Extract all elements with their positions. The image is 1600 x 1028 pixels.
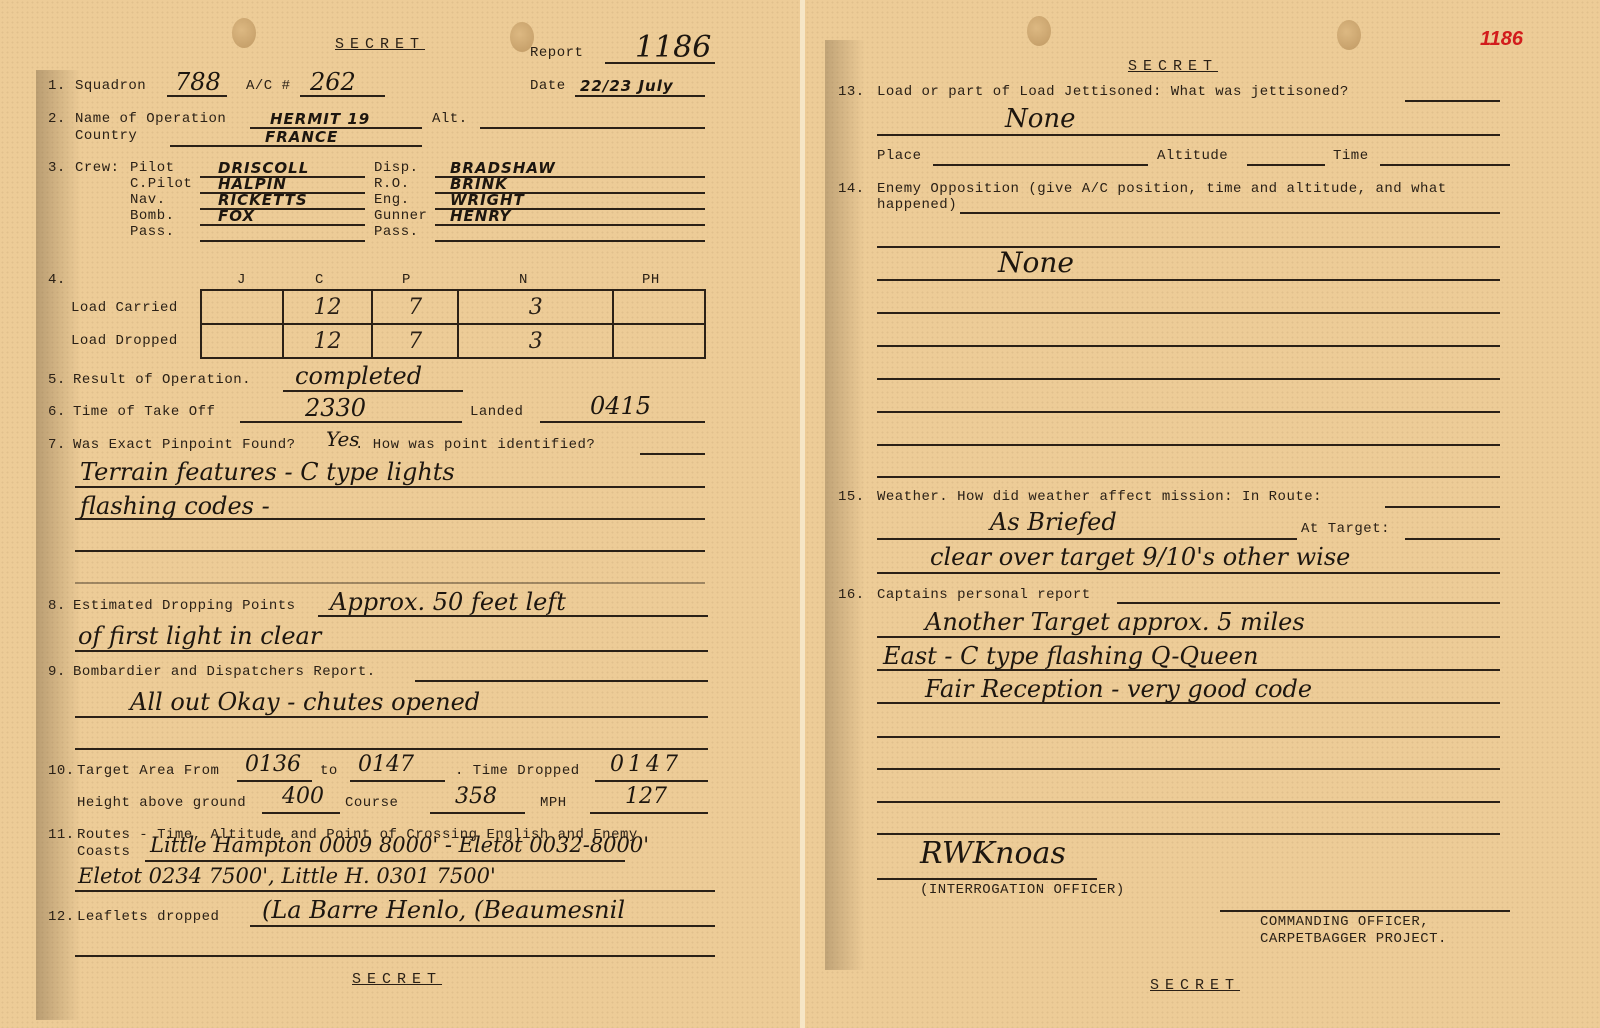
answer-line [877, 279, 1500, 281]
load-column-header: J [237, 272, 246, 288]
scan-shadow [36, 70, 81, 1020]
answer-line [1405, 100, 1500, 102]
answer-line [430, 812, 525, 814]
answer-line [877, 833, 1500, 835]
load-column-header: PH [642, 272, 660, 288]
enemy-opposition-label: Enemy Opposition (give A/C position, tim… [877, 181, 1447, 197]
captains-report-line-3: Fair Reception - very good code [925, 675, 1312, 703]
report-label: Report [530, 45, 583, 61]
answer-line [877, 636, 1500, 638]
altitude-line [1247, 164, 1325, 166]
answer-line [877, 538, 1297, 540]
date-label: Date [530, 78, 566, 94]
crew-role-label: Pass. [374, 224, 419, 240]
leaflets-label: Leaflets dropped [77, 909, 219, 925]
takeoff-label: Time of Take Off [73, 404, 215, 420]
answer-line [262, 812, 340, 814]
pinpoint-line [640, 453, 705, 455]
mph-value: 127 [625, 784, 667, 809]
time-dropped-label: . Time Dropped [455, 763, 580, 779]
load-row: 1273 [201, 290, 705, 324]
jettisoned-value: None [1005, 104, 1076, 134]
crew-role-label: Bomb. [130, 208, 175, 224]
answer-line [877, 476, 1500, 478]
enemy-opposition-value: None [998, 246, 1074, 279]
scan-shadow [825, 40, 865, 970]
bombardier-report-line-1: All out Okay - chutes opened [130, 688, 480, 716]
target-to-label: to [320, 763, 338, 779]
q14-number: 14. [838, 181, 865, 197]
course-label: Course [345, 795, 398, 811]
load-row-label: Load Dropped [71, 333, 178, 349]
place-line [933, 164, 1148, 166]
crew-role-label: C.Pilot [130, 176, 192, 192]
answer-line [877, 134, 1500, 136]
result-label: Result of Operation. [73, 372, 251, 388]
carpetbagger-project-label: CARPETBAGGER PROJECT. [1260, 931, 1447, 947]
ac-value: 262 [310, 68, 356, 96]
load-column-header: P [402, 272, 411, 288]
landed-value: 0415 [590, 392, 651, 420]
country-label: Country [75, 128, 137, 144]
crew-role-label: R.O. [374, 176, 410, 192]
answer-line [1117, 602, 1500, 604]
routes-line-1: Little Hampton 0009 8000' - Eletot 0032-… [150, 833, 649, 857]
secret-footer: SECRET [352, 971, 442, 988]
load-cell [613, 324, 705, 358]
country-value: FRANCE [265, 128, 338, 146]
answer-line [250, 925, 715, 927]
result-line [283, 390, 463, 392]
answer-line [75, 650, 708, 652]
answer-line [877, 345, 1500, 347]
answer-line [595, 780, 708, 782]
operation-label: Name of Operation [75, 111, 226, 127]
time-label: Time [1333, 148, 1369, 164]
q8-number: 8. [48, 598, 66, 614]
q15-number: 15. [838, 489, 865, 505]
enemy-opposition-label-2: happened) [877, 197, 957, 213]
answer-line [877, 801, 1500, 803]
target-to-value: 0147 [358, 752, 414, 777]
pinpoint-answer-line-1: Terrain features - C type lights [80, 458, 455, 486]
report-page-left: SECRET Report 1186 1. Squadron 788 A/C #… [0, 0, 800, 1028]
answer-line [877, 312, 1500, 314]
q6-number: 6. [48, 404, 66, 420]
secret-header: SECRET [335, 36, 425, 53]
leaflets-value: (La Barre Henlo, (Beaumesnil [262, 896, 625, 924]
time-line [1380, 164, 1510, 166]
course-value: 358 [455, 784, 497, 809]
answer-line [75, 748, 708, 750]
answer-line [877, 768, 1500, 770]
q2-number: 2. [48, 111, 66, 127]
landed-line [540, 421, 705, 423]
q11-number: 11. [48, 827, 75, 843]
date-value: 22/23 July [580, 77, 674, 95]
routes-line-2: Eletot 0234 7500', Little H. 0301 7500' [78, 864, 496, 888]
altitude-label: Altitude [1157, 148, 1228, 164]
load-column-header: N [519, 272, 528, 288]
target-from-value: 0136 [245, 752, 301, 777]
secret-footer: SECRET [1150, 977, 1240, 994]
answer-line [75, 486, 705, 488]
load-cell: 7 [372, 324, 458, 358]
signature-line [1220, 910, 1510, 912]
crew-label: Crew: [75, 160, 120, 176]
load-column-header: C [315, 272, 324, 288]
load-cell: 12 [283, 290, 373, 324]
archive-stamp: 1186 [1480, 28, 1523, 51]
load-cell: 12 [283, 324, 373, 358]
jettisoned-label: Load or part of Load Jettisoned: What wa… [877, 84, 1349, 100]
squadron-label: Squadron [75, 78, 146, 94]
punch-hole [1337, 20, 1361, 50]
crew-name: FOX [218, 207, 255, 225]
routes-label-2: Coasts [77, 844, 130, 860]
q3-number: 3. [48, 160, 66, 176]
crew-role-label: Eng. [374, 192, 410, 208]
q5-number: 5. [48, 372, 66, 388]
answer-line [877, 378, 1500, 380]
interrogation-officer-signature: RWKnoas [920, 836, 1066, 871]
crew-role-label: Gunner [374, 208, 427, 224]
q9-number: 9. [48, 664, 66, 680]
punch-hole [1027, 16, 1051, 46]
q10-number: 10. [48, 763, 75, 779]
dropping-points-line-2: of first light in clear [78, 622, 321, 650]
load-row: 1273 [201, 324, 705, 358]
crew-role-label: Pass. [130, 224, 175, 240]
pinpoint-answer-line-2: flashing codes - [80, 492, 270, 520]
q4-number: 4. [48, 272, 66, 288]
operation-value: HERMIT 19 [270, 110, 370, 128]
answer-line [145, 860, 625, 862]
signature-line [877, 878, 1097, 880]
load-cell [201, 290, 283, 324]
answer-line [590, 812, 708, 814]
crew-role-label: Nav. [130, 192, 166, 208]
q1-number: 1. [48, 78, 66, 94]
q12-number: 12. [48, 909, 75, 925]
report-page-right: 1186 SECRET 13. Load or part of Load Jet… [805, 0, 1600, 1028]
answer-line [75, 716, 708, 718]
crew-line [435, 240, 705, 242]
q13-number: 13. [838, 84, 865, 100]
load-cell: 3 [458, 324, 613, 358]
bombardier-label: Bombardier and Dispatchers Report. [73, 664, 376, 680]
dropping-points-label: Estimated Dropping Points [73, 598, 296, 614]
crew-role-label: Pilot [130, 160, 175, 176]
answer-line [877, 246, 1500, 248]
time-dropped-value: 0147 [610, 752, 682, 777]
captains-report-label: Captains personal report [877, 587, 1091, 603]
height-value: 400 [282, 784, 324, 809]
captains-report-line-2: East - C type flashing Q-Queen [883, 642, 1258, 670]
answer-line [75, 890, 715, 892]
answer-line [75, 550, 705, 552]
crew-name: HENRY [450, 207, 511, 225]
place-label: Place [877, 148, 922, 164]
load-cell [613, 290, 705, 324]
dropping-points-line-1: Approx. 50 feet left [330, 588, 566, 616]
answer-line [1385, 506, 1500, 508]
result-value: completed [295, 362, 422, 390]
at-target-label: At Target: [1301, 521, 1390, 537]
pinpoint-how-label: . How was point identified? [355, 437, 595, 453]
answer-line [877, 444, 1500, 446]
answer-line [877, 736, 1500, 738]
answer-line [350, 780, 445, 782]
alt-label: Alt. [432, 111, 468, 127]
pinpoint-label: Was Exact Pinpoint Found? [73, 437, 296, 453]
weather-en-route-value: As Briefed [990, 508, 1117, 536]
ac-label: A/C # [246, 78, 291, 94]
load-cell: 7 [372, 290, 458, 324]
crew-role-label: Disp. [374, 160, 419, 176]
secret-header: SECRET [1128, 58, 1218, 75]
commanding-officer-label: COMMANDING OFFICER, [1260, 914, 1429, 930]
load-row-label: Load Carried [71, 300, 178, 316]
answer-line [237, 780, 312, 782]
q7-number: 7. [48, 437, 66, 453]
height-label: Height above ground [77, 795, 246, 811]
landed-label: Landed [470, 404, 523, 420]
load-table: 12731273 [200, 289, 706, 359]
captains-report-line-1: Another Target approx. 5 miles [925, 608, 1305, 636]
weather-at-target-value: clear over target 9/10's other wise [930, 543, 1350, 571]
punch-hole [232, 18, 256, 48]
weather-label: Weather. How did weather affect mission:… [877, 489, 1322, 505]
interrogation-officer-label: (INTERROGATION OFFICER) [920, 882, 1125, 898]
answer-line [75, 582, 705, 584]
target-area-label: Target Area From [77, 763, 219, 779]
takeoff-value: 2330 [305, 394, 366, 422]
load-cell: 3 [458, 290, 613, 324]
answer-line [1405, 538, 1500, 540]
q16-number: 16. [838, 587, 865, 603]
answer-line [877, 411, 1500, 413]
load-cell [201, 324, 283, 358]
report-number: 1186 [635, 30, 711, 65]
answer-line [960, 212, 1500, 214]
crew-line [200, 240, 365, 242]
answer-line [415, 680, 708, 682]
alt-line [480, 127, 705, 129]
answer-line [75, 955, 715, 957]
date-line [575, 95, 705, 97]
mph-label: MPH [540, 795, 567, 811]
answer-line [877, 572, 1500, 574]
squadron-value: 788 [175, 68, 221, 96]
